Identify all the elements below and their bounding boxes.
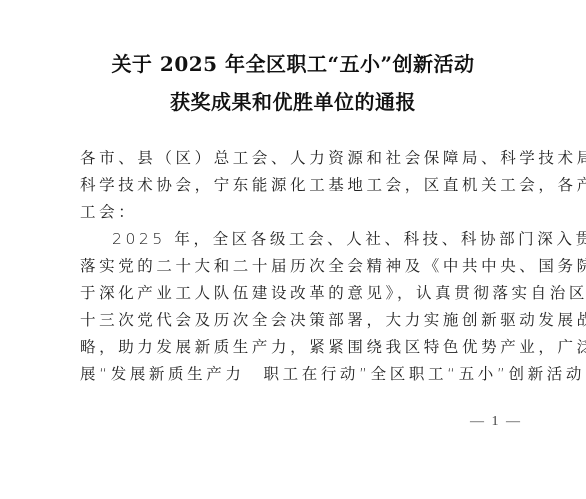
salutation-line-3: 工会： bbox=[80, 200, 550, 222]
document-page: 关于 2025 年全区职工“五小”创新活动 获奖成果和优胜单位的通报 各市、县（… bbox=[0, 0, 586, 499]
body-paragraph-line-4: 十三次党代会及历次全会决策部署，大力实施创新驱动发展战 bbox=[80, 308, 550, 330]
salutation-line-1: 各市、县（区）总工会、人力资源和社会保障局、科学技术局、 bbox=[80, 146, 550, 168]
body-paragraph-line-5: 略，助力发展新质生产力，紧紧围绕我区特色优势产业，广泛开 bbox=[80, 335, 550, 357]
body-paragraph-line-6: 展“发展新质生产力 职工在行动”全区职工“五小”创新活动， bbox=[80, 362, 550, 384]
document-title-line-1: 关于 2025 年全区职工“五小”创新活动 bbox=[0, 48, 586, 77]
salutation-line-2: 科学技术协会，宁东能源化工基地工会，区直机关工会，各产业 bbox=[80, 173, 550, 195]
body-paragraph-line-1: 2025 年，全区各级工会、人社、科技、科协部门深入贯彻 bbox=[112, 227, 550, 249]
body-paragraph-line-3: 于深化产业工人队伍建设改革的意见》，认真贯彻落实自治区第 bbox=[80, 281, 550, 303]
page-number: — 1 — bbox=[470, 414, 522, 430]
body-paragraph-line-2: 落实党的二十大和二十届历次全会精神及《中共中央、国务院关 bbox=[80, 254, 550, 276]
document-title-line-2: 获奖成果和优胜单位的通报 bbox=[0, 86, 586, 115]
